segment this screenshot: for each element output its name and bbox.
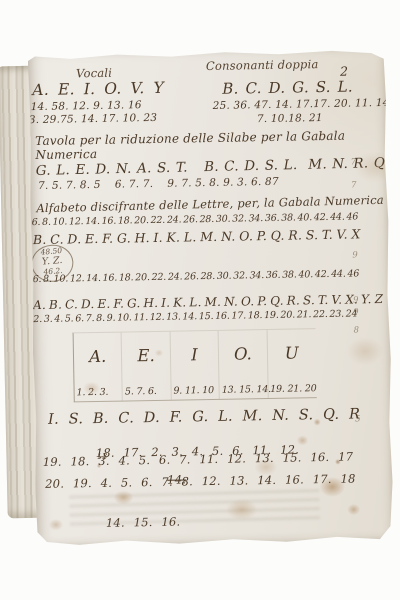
right-margin-digit: 9 (353, 295, 359, 305)
tavola-numbers-row: 7. 5. 7. 8. 5 6. 7. 7. 9. 7. 5. 8. 9. 3.… (38, 176, 279, 192)
right-margin-digit: 8 (354, 325, 360, 335)
tavola-title-line2: Numerica (35, 147, 97, 162)
manuscript-page: Vocali Consonanti doppia 2 A. E. I. O. V… (28, 49, 395, 547)
consonanti-letters: B. C. D. G. S. L. (222, 77, 353, 97)
vowel-letter: A. (74, 347, 122, 367)
vocali-numbers-line2: 3. 29.75. 14. 17. 10. 23 (29, 112, 158, 126)
vocali-heading: Vocali (76, 66, 112, 81)
tavola-title-line1: Tavola per la riduzione delle Silabe per… (35, 129, 345, 148)
vowel-column-u: U 19. 21. 20 (267, 329, 317, 398)
bottom-table-letters: I. S. B. C. D. F. G. L. M. N. S. Q. R (48, 406, 360, 427)
vocali-numbers-line1: 14. 58. 12. 9. 13. 16 (31, 99, 142, 113)
consonanti-numbers-line1: 25. 36. 47. 14. 17.17. 20. 11. 14 (213, 97, 390, 112)
vowel-column-a: A. 1. 2. 3. (74, 333, 124, 402)
alfabeto-letters-row1: B. C. D. E. F. G. H. I. K. L. M. N. O. P… (33, 226, 361, 247)
right-margin-digit: 7 (351, 157, 357, 167)
vowel-column-i: I 9. 11. 10 (170, 331, 220, 400)
vowel-letter: E. (122, 346, 170, 366)
vowel-letter: U (267, 343, 316, 363)
consonanti-heading: Consonanti doppia (206, 57, 319, 73)
vowel-column-e: E. 5. 7. 6. (122, 332, 172, 401)
row1-numbers-tail: 14. 15. 16. (97, 515, 180, 530)
alfabeto-numbers-row2: 6. 8. 10. 12. 14. 16. 18. 20. 22. 24. 26… (33, 268, 360, 285)
vowel-column-o: O. 13. 15. 14. (219, 330, 269, 399)
right-margin-digit: 5 (355, 414, 361, 424)
vowel-numbers: 1. 2. 3. (77, 387, 109, 399)
vowel-letter: I (171, 345, 219, 365)
right-margin-digit: 9 (353, 307, 359, 317)
vowel-numbers: 19. 21. 20 (270, 383, 317, 395)
right-margin-digit: 7 (351, 180, 357, 190)
manuscript-photo: Vocali Consonanti doppia 2 A. E. I. O. V… (0, 0, 400, 600)
consonanti-numbers-line2: 7. 10.18. 21 (257, 112, 323, 125)
vowel-letter: O. (219, 344, 267, 364)
vowel-table-box: A. 1. 2. 3. E. 5. 7. 6. I 9. 11. 10 O. 1… (73, 328, 317, 402)
vowel-numbers: 5. 7. 6. (125, 386, 157, 398)
vocali-letters: A. E. I. O. V. Y (32, 79, 164, 99)
vowel-numbers: 13. 15. 14. (222, 384, 271, 396)
vowel-numbers: 9. 11. 10 (173, 385, 214, 397)
page-number: 2 (340, 64, 348, 79)
right-margin-digit: 9 (352, 250, 358, 260)
